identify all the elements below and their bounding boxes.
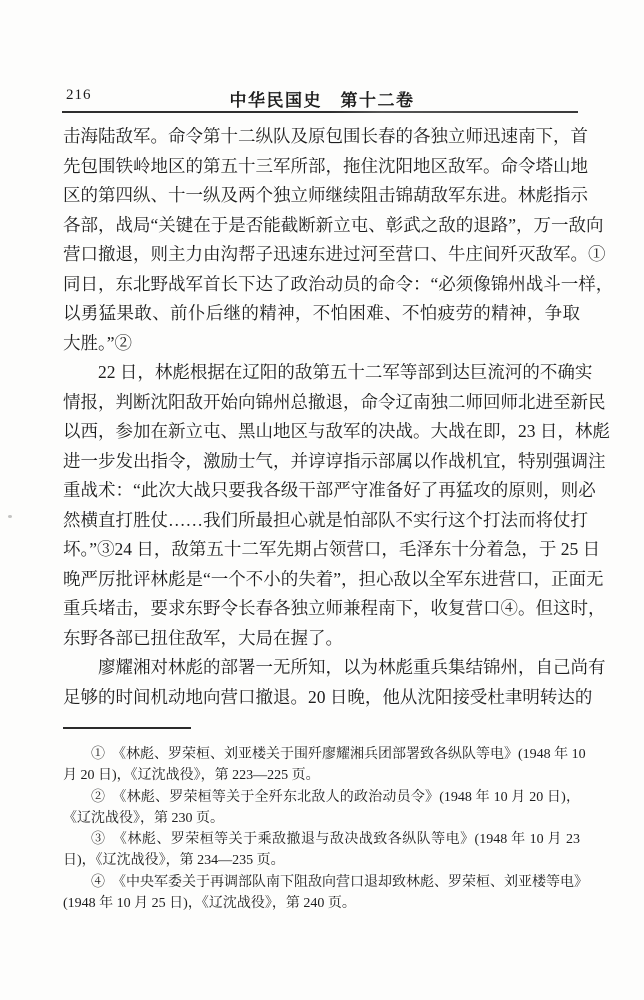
body-text-line: 击海陆敌军。命令第十二纵队及原包围长春的各独立师迅速南下，首 xyxy=(63,122,580,152)
body-text-line: 廖耀湘对林彪的部署一无所知，以为林彪重兵集结锦州，自己尚有 xyxy=(63,653,580,683)
book-page: 216 中华民国史 第十二卷 击海陆敌军。命令第十二纵队及原包围长春的各独立师迅… xyxy=(0,0,644,1000)
footnote-line: 月 20 日)，《辽沈战役》，第 223—225 页。 xyxy=(63,765,580,786)
footnote-separator-rule xyxy=(63,727,191,729)
body-text-line: 坏。”③24 日，敌第五十二军先期占领营口，毛泽东十分着急，于 25 日 xyxy=(63,535,580,565)
body-text-line: 以勇猛果敢、前仆后继的精神，不怕困难、不怕疲劳的精神，争取 xyxy=(63,299,580,329)
body-text-line: 22 日，林彪根据在辽阳的敌第五十二军等部到达巨流河的不确实 xyxy=(63,358,580,388)
body-text-line: 同日，东北野战军首长下达了政治动员的命令：“必须像锦州战斗一样， xyxy=(63,270,580,300)
running-head-title: 中华民国史 第十二卷 xyxy=(0,86,644,111)
body-text-line: 各部，战局“关键在于是否能截断新立屯、彰武之敌的退路”，万一敌向 xyxy=(63,211,580,241)
body-text-line: 重兵堵击，要求东野令长春各独立师兼程南下，收复营口④。但这时， xyxy=(63,594,580,624)
body-text-line: 区的第四纵、十一纵及两个独立师继续阻击锦葫敌军东进。林彪指示 xyxy=(63,181,580,211)
body-text-line: 然横直打胜仗……我们所最担心就是怕部队不实行这个打法而将仗打 xyxy=(63,506,580,536)
scan-speck-header xyxy=(400,91,403,94)
body-text-line: 以西，参加在新立屯、黑山地区与敌军的决战。大战在即，23 日，林彪 xyxy=(63,417,580,447)
body-text-line: 情报，判断沈阳敌开始向锦州总撤退，命令辽南独二师回师北进至新民 xyxy=(63,388,580,418)
body-text-line: 晚严厉批评林彪是“一个不小的失着”，担心敌以全军东进营口，正面无 xyxy=(63,565,580,595)
header-rule xyxy=(62,111,578,113)
body-text-line: 足够的时间机动地向营口撤退。20 日晚，他从沈阳接受杜聿明转达的 xyxy=(63,683,580,713)
body-text-line: 进一步发出指令，激励士气，并谆谆指示部属以作战机宜，特别强调注 xyxy=(63,447,580,477)
body-text-line: 大胜。”② xyxy=(63,329,580,359)
footnote-line: 日)，《辽沈战役》，第 234—235 页。 xyxy=(63,850,580,871)
body-text-line: 营口撤退，则主力由沟帮子迅速东进过河至营口、牛庄间歼灭敌军。① xyxy=(63,240,580,270)
body-text-line: 先包围铁岭地区的第五十三军所部，拖住沈阳地区敌军。命令塔山地 xyxy=(63,152,580,182)
body-text-line: 东野各部已扭住敌军，大局在握了。 xyxy=(63,624,580,654)
scan-speck-left-margin xyxy=(8,515,12,518)
body-text-line: 重战术：“此次大战只要我各级干部严守准备好了再猛攻的原则，则必 xyxy=(63,476,580,506)
footnote-line: ② 《林彪、罗荣桓等关于全歼东北敌人的政治动员令》(1948 年 10 月 20… xyxy=(63,787,580,808)
footnote-line: ④ 《中央军委关于再调部队南下阻敌向营口退却致林彪、罗荣桓、刘亚楼等电》 xyxy=(63,872,580,893)
footnote-line: 《辽沈战役》，第 230 页。 xyxy=(63,808,580,829)
footnote-line: (1948 年 10 月 25 日)，《辽沈战役》，第 240 页。 xyxy=(63,893,580,914)
footnotes-block: ① 《林彪、罗荣桓、刘亚楼关于围歼廖耀湘兵团部署致各纵队等电》(1948 年 1… xyxy=(63,744,580,914)
footnote-line: ③ 《林彪、罗荣桓等关于乘敌撤退与敌决战致各纵队等电》(1948 年 10 月 … xyxy=(63,829,580,850)
body-text-block: 击海陆敌军。命令第十二纵队及原包围长春的各独立师迅速南下，首先包围铁岭地区的第五… xyxy=(63,122,580,712)
footnote-line: ① 《林彪、罗荣桓、刘亚楼关于围歼廖耀湘兵团部署致各纵队等电》(1948 年 1… xyxy=(63,744,580,765)
